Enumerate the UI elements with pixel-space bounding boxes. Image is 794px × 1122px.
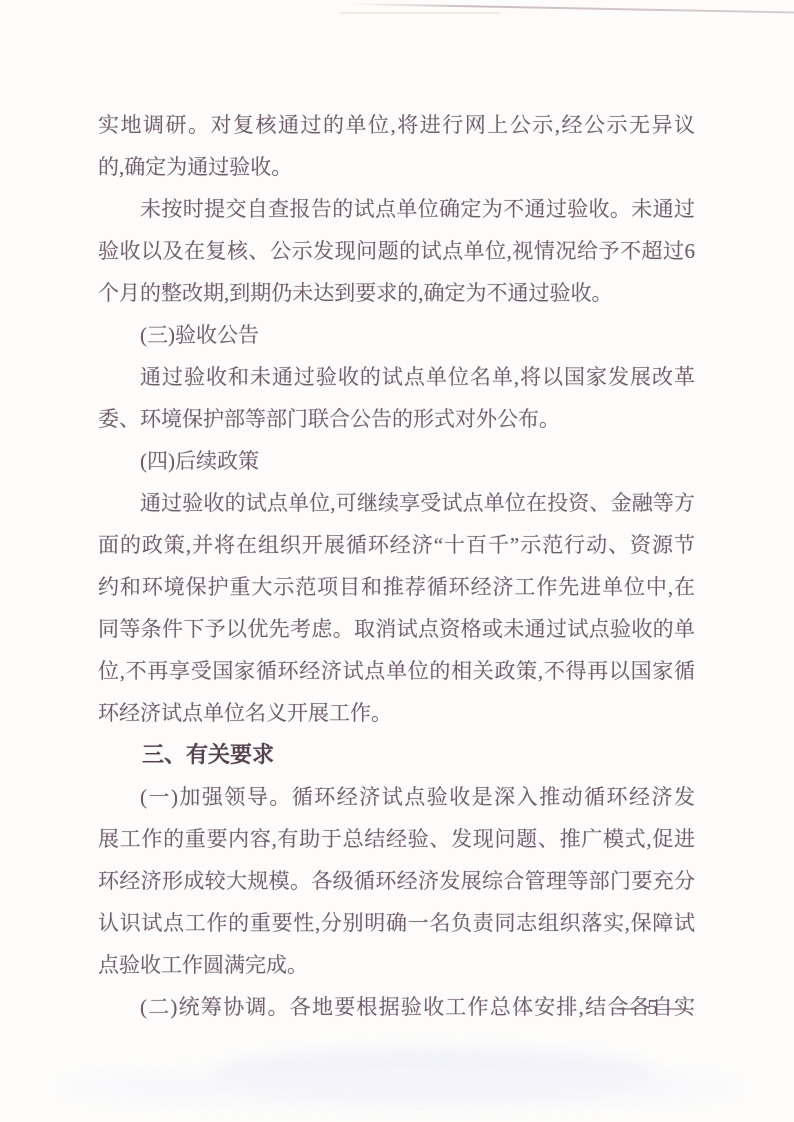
text-line: 验收以及在复核、公示发现问题的试点单位,视情况给予不超过6 xyxy=(98,230,695,272)
scan-smudge-halo xyxy=(60,1070,740,1104)
text-line: (二)统筹协调。各地要根据验收工作总体安排,结合各自实 xyxy=(98,986,695,1028)
text-line: 约和环境保护重大示范项目和推荐循环经济工作先进单位中,在 xyxy=(98,566,695,608)
section-heading: 三、有关要求 xyxy=(98,734,695,776)
text-line: 未按时提交自查报告的试点单位确定为不通过验收。未通过 xyxy=(98,188,695,230)
text-line: 点验收工作圆满完成。 xyxy=(98,944,695,986)
text-line: 通过验收和未通过验收的试点单位名单,将以国家发展改革 xyxy=(98,356,695,398)
subsection-heading: (三)验收公告 xyxy=(98,314,695,356)
text-line: 委、环境保护部等部门联合公告的形式对外公布。 xyxy=(98,398,695,440)
text-line: 同等条件下予以优先考虑。取消试点资格或未通过试点验收的单 xyxy=(98,608,695,650)
text-line: 认识试点工作的重要性,分别明确一名负责同志组织落实,保障试 xyxy=(98,902,695,944)
text-line: 个月的整改期,到期仍未达到要求的,确定为不通过验收。 xyxy=(98,272,695,314)
text-line: (一)加强领导。循环经济试点验收是深入推动循环经济发 xyxy=(98,776,695,818)
scanned-document-page: 实地调研。对复核通过的单位,将进行网上公示,经公示无异议 的,确定为通过验收。 … xyxy=(0,0,794,1122)
text-line: 展工作的重要内容,有助于总结经验、发现问题、推广模式,促进循 xyxy=(98,818,695,860)
scan-artifact-mark xyxy=(340,12,500,14)
text-line: 面的政策,并将在组织开展循环经济“十百千”示范行动、资源节 xyxy=(98,524,695,566)
text-line: 环经济试点单位名义开展工作。 xyxy=(98,692,695,734)
text-line: 实地调研。对复核通过的单位,将进行网上公示,经公示无异议 xyxy=(98,104,695,146)
text-line: 通过验收的试点单位,可继续享受试点单位在投资、金融等方 xyxy=(98,482,695,524)
subsection-heading: (四)后续政策 xyxy=(98,440,695,482)
text-line: 的,确定为通过验收。 xyxy=(98,146,695,188)
page-number: — 5 — xyxy=(617,986,690,1028)
document-body: 实地调研。对复核通过的单位,将进行网上公示,经公示无异议 的,确定为通过验收。 … xyxy=(98,104,695,1028)
text-line: 环经济形成较大规模。各级循环经济发展综合管理等部门要充分 xyxy=(98,860,695,902)
text-line: 位,不再享受国家循环经济试点单位的相关政策,不得再以国家循 xyxy=(98,650,695,692)
